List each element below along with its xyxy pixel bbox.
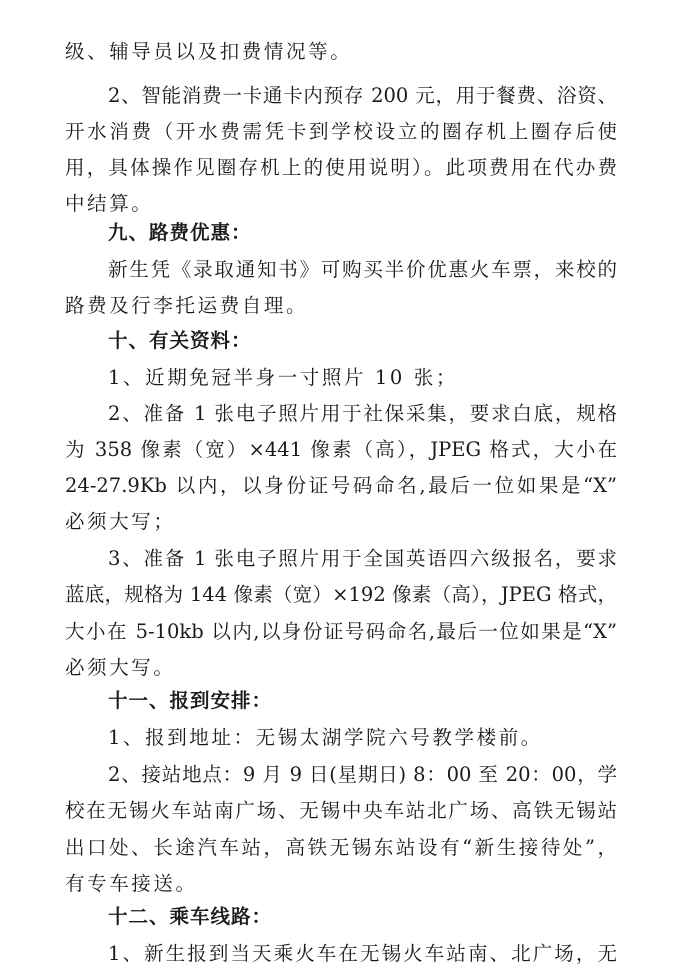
paragraph-line: 新生凭《录取通知书》可购买半价优惠火车票，来校的	[108, 255, 617, 285]
paragraph-line: 24-27.9Kb 以内，以身份证号码命名,最后一位如果是“X”	[65, 471, 617, 501]
paragraph-line: 校在无锡火车站南广场、无锡中央车站北广场、高铁无锡站	[65, 796, 617, 826]
paragraph-line: 有专车接送。	[65, 869, 617, 899]
paragraph-line: 开水消费（开水费需凭卡到学校设立的圈存机上圈存后使	[65, 117, 617, 147]
paragraph-line: 2、接站地点：9 月 9 日(星期日) 8：00 至 20：00，学	[108, 760, 617, 790]
paragraph-line: 必须大写。	[65, 653, 617, 683]
section-heading: 十一、报到安排：	[108, 686, 617, 716]
paragraph-line: 出口处、长途汽车站，高铁无锡东站设有“新生接待处”，	[65, 833, 617, 863]
paragraph-line: 中结算。	[65, 189, 617, 219]
paragraph-line: 1、近期免冠半身一寸照片 10 张；	[108, 363, 617, 393]
paragraph-line: 2、智能消费一卡通卡内预存 200 元，用于餐费、浴资、	[108, 81, 617, 111]
paragraph-line: 3、准备 1 张电子照片用于全国英语四六级报名，要求	[108, 544, 617, 574]
paragraph-line: 为 358 像素（宽）×441 像素（高），JPEG 格式，大小在	[65, 435, 617, 465]
document-page: 级、辅导员以及扣费情况等。2、智能消费一卡通卡内预存 200 元，用于餐费、浴资…	[0, 0, 680, 979]
section-heading: 十二、乘车线路：	[108, 902, 617, 932]
paragraph-line: 必须大写；	[65, 507, 617, 537]
paragraph-line: 蓝底，规格为 144 像素（宽）×192 像素（高），JPEG 格式，	[65, 580, 617, 610]
paragraph-line: 1、新生报到当天乘火车在无锡火车站南、北广场，无	[108, 939, 617, 969]
paragraph-line: 1、报到地址：无锡太湖学院六号教学楼前。	[108, 723, 617, 753]
paragraph-line: 2、准备 1 张电子照片用于社保采集，要求白底，规格	[108, 399, 617, 429]
paragraph-line: 级、辅导员以及扣费情况等。	[65, 37, 617, 67]
section-heading: 十、有关资料：	[108, 326, 617, 356]
paragraph-line: 路费及行李托运费自理。	[65, 291, 617, 321]
section-heading: 九、路费优惠：	[108, 218, 617, 248]
paragraph-line: 用，具体操作见圈存机上的使用说明）。此项费用在代办费	[65, 153, 617, 183]
paragraph-line: 大小在 5-10kb 以内,以身份证号码命名,最后一位如果是“X”	[65, 617, 617, 647]
